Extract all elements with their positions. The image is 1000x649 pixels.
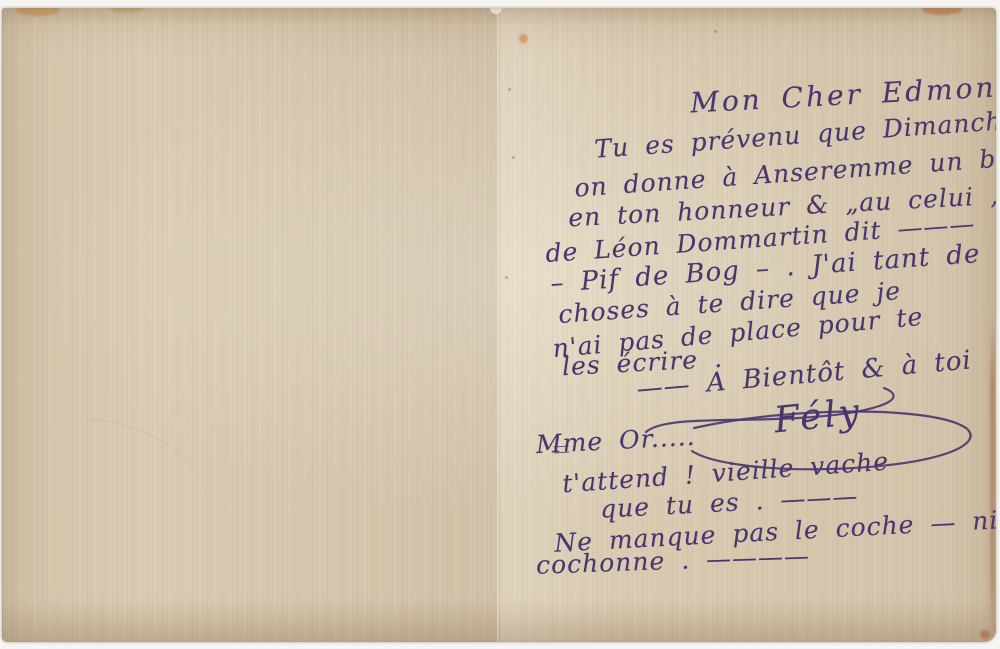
paper-speck bbox=[508, 88, 511, 91]
center-fold-crease bbox=[494, 8, 501, 642]
stain-top-left bbox=[16, 8, 60, 16]
signature: Fély bbox=[772, 392, 864, 442]
left-page bbox=[2, 8, 494, 642]
stain-top-left-2 bbox=[110, 8, 144, 13]
letter-scan: Mon Cher Edmond Tu es prévenu que Dimanc… bbox=[0, 0, 1000, 649]
stain-bottom-right-corner bbox=[980, 630, 990, 639]
paper-speck bbox=[714, 30, 717, 33]
stain-top-right bbox=[922, 8, 962, 15]
paper-speck bbox=[505, 276, 508, 279]
stain-near-fold bbox=[519, 34, 528, 43]
postscript-line: Mme Or..... bbox=[535, 422, 696, 459]
letter-paper: Mon Cher Edmond Tu es prévenu que Dimanc… bbox=[2, 8, 996, 642]
stain-right-edge-streak bbox=[990, 318, 995, 642]
fold-top-notch bbox=[490, 8, 502, 14]
left-page-faint-crease bbox=[31, 397, 223, 549]
paper-speck bbox=[512, 156, 515, 159]
